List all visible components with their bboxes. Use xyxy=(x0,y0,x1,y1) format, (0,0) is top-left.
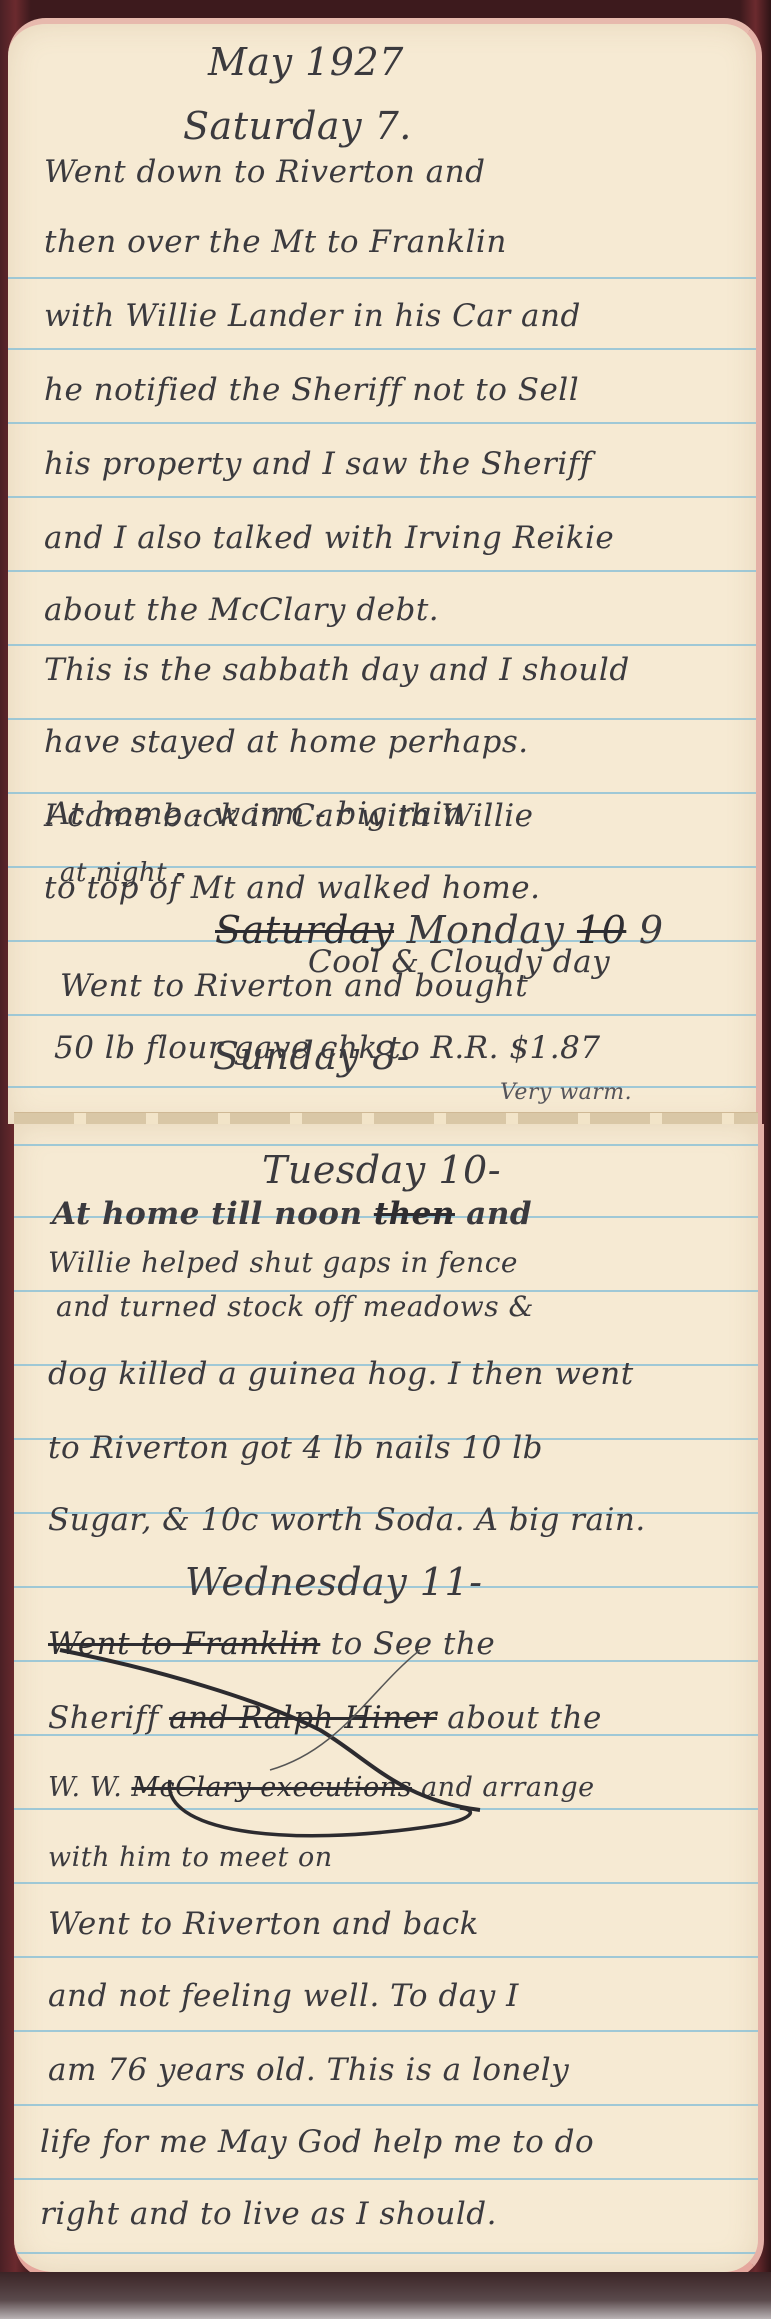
entry-line: then over the Mt to Franklin xyxy=(44,224,507,260)
diary-page-bottom xyxy=(14,1124,764,2280)
entry-line: have stayed at home perhaps. xyxy=(44,724,529,760)
day-heading-sunday: Sunday 8- xyxy=(213,1034,410,1078)
entry-line: with Willie Lander in his Car and xyxy=(44,298,581,334)
day-heading-saturday: Saturday 7. xyxy=(183,104,412,148)
weather-note: Cool & Cloudy day xyxy=(308,944,610,980)
entry-line: I came back in Car with Willie xyxy=(44,798,534,834)
entry-line: he notified the Sheriff not to Sell xyxy=(44,372,579,408)
entry-line: about the McClary debt. xyxy=(44,592,439,628)
entry-line: to top of Mt and walked home. xyxy=(44,870,540,906)
entry-line: Went down to Riverton and xyxy=(44,154,485,190)
month-year-heading: May 1927 xyxy=(208,40,404,84)
book-bottom-edge xyxy=(0,2272,771,2319)
entry-line: This is the sabbath day and I should xyxy=(44,652,630,688)
diary-page-top: May 1927 Saturday 7. Went down to Rivert… xyxy=(8,18,762,1124)
entry-line: and I also talked with Irving Reikie xyxy=(44,520,614,556)
entry-line: his property and I saw the Sheriff xyxy=(44,446,592,482)
